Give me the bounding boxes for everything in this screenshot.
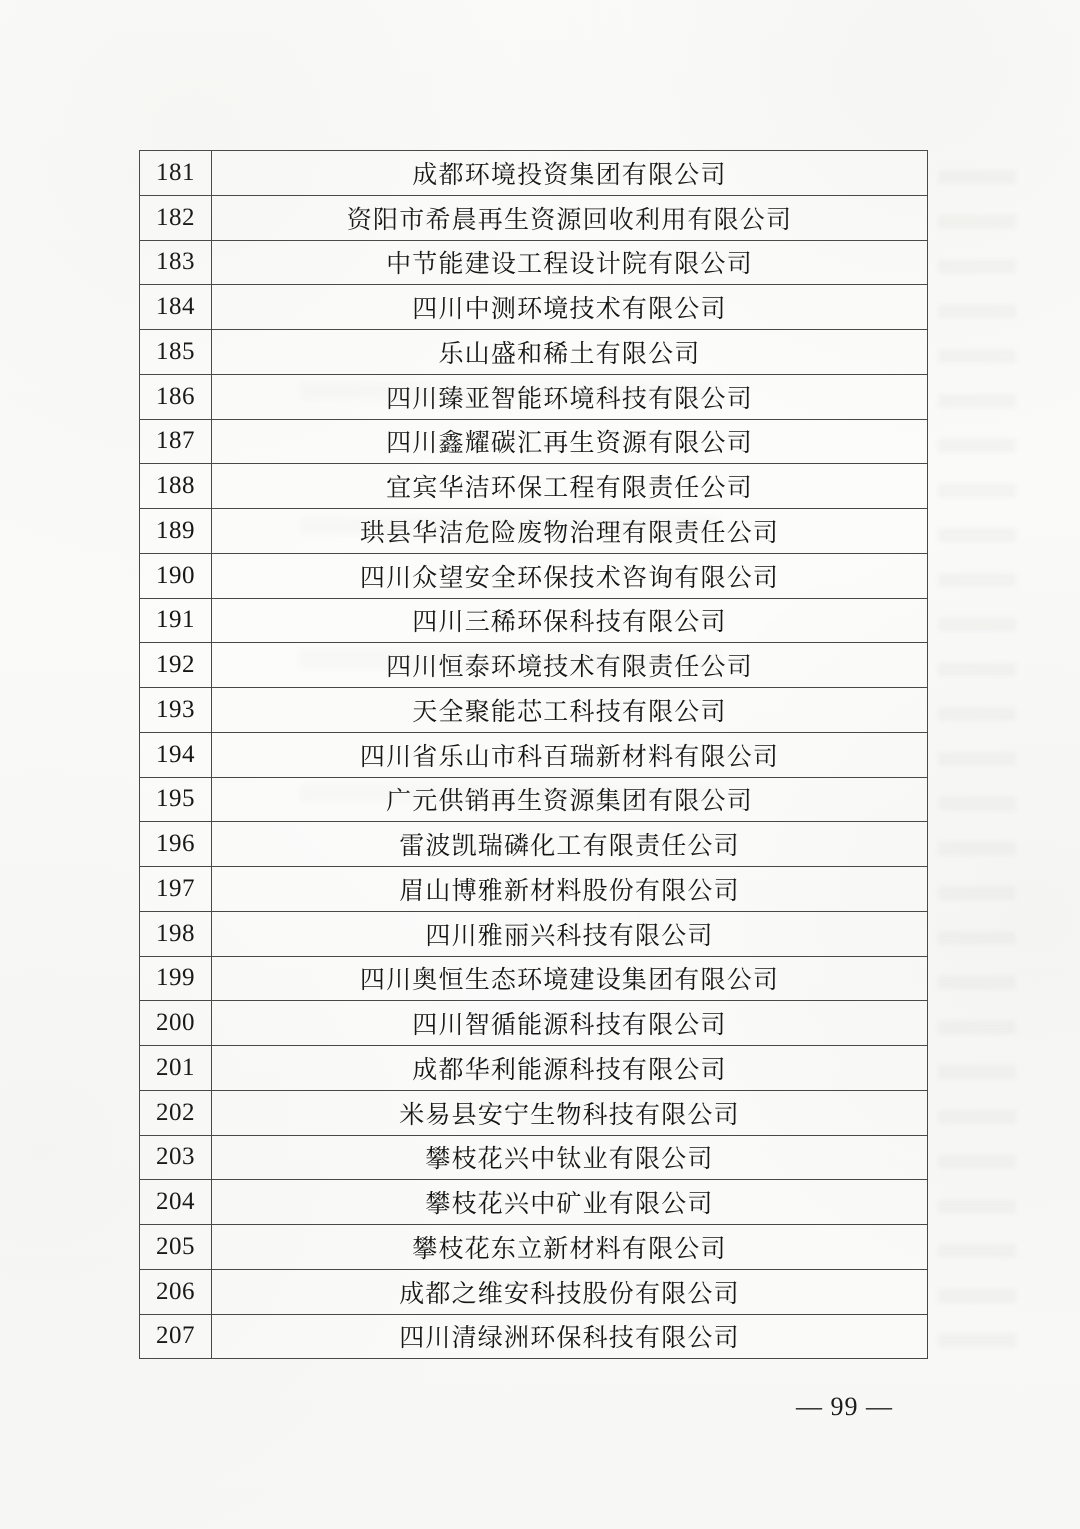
company-name-cell: 米易县安宁生物科技有限公司 <box>212 1090 928 1135</box>
table-row: 189 珙县华洁危险废物治理有限责任公司 <box>140 509 928 554</box>
company-name-cell: 乐山盛和稀土有限公司 <box>212 330 928 375</box>
row-number-cell: 196 <box>140 822 212 867</box>
page-footer: — 99 — <box>0 1392 893 1422</box>
table-row: 196 雷波凯瑞磷化工有限责任公司 <box>140 822 928 867</box>
company-name-cell: 天全聚能芯工科技有限公司 <box>212 688 928 733</box>
table-row: 188 宜宾华洁环保工程有限责任公司 <box>140 464 928 509</box>
company-name-cell: 四川众望安全环保技术咨询有限公司 <box>212 553 928 598</box>
row-number-cell: 202 <box>140 1090 212 1135</box>
company-name-cell: 四川省乐山市科百瑞新材料有限公司 <box>212 732 928 777</box>
company-name-cell: 四川雅丽兴科技有限公司 <box>212 911 928 956</box>
company-name-cell: 成都华利能源科技有限公司 <box>212 1046 928 1091</box>
row-number-cell: 181 <box>140 151 212 196</box>
row-number-cell: 185 <box>140 330 212 375</box>
table-row: 195 广元供销再生资源集团有限公司 <box>140 777 928 822</box>
table-row: 202 米易县安宁生物科技有限公司 <box>140 1090 928 1135</box>
row-number-cell: 188 <box>140 464 212 509</box>
row-number-cell: 195 <box>140 777 212 822</box>
company-name-cell: 四川三稀环保科技有限公司 <box>212 598 928 643</box>
company-name-cell: 攀枝花兴中钛业有限公司 <box>212 1135 928 1180</box>
company-name-cell: 广元供销再生资源集团有限公司 <box>212 777 928 822</box>
table-row: 187 四川鑫耀碳汇再生资源有限公司 <box>140 419 928 464</box>
row-number-cell: 204 <box>140 1180 212 1225</box>
table-row: 200 四川智循能源科技有限公司 <box>140 1001 928 1046</box>
company-name-cell: 四川清绿洲环保科技有限公司 <box>212 1314 928 1359</box>
row-number-cell: 190 <box>140 553 212 598</box>
company-name-cell: 宜宾华洁环保工程有限责任公司 <box>212 464 928 509</box>
row-number-cell: 203 <box>140 1135 212 1180</box>
table-row: 194 四川省乐山市科百瑞新材料有限公司 <box>140 732 928 777</box>
company-table-body: 181 成都环境投资集团有限公司 182 资阳市希晨再生资源回收利用有限公司 1… <box>140 151 928 1359</box>
table-row: 203 攀枝花兴中钛业有限公司 <box>140 1135 928 1180</box>
table-row: 183 中节能建设工程设计院有限公司 <box>140 240 928 285</box>
table-row: 181 成都环境投资集团有限公司 <box>140 151 928 196</box>
company-name-cell: 攀枝花东立新材料有限公司 <box>212 1225 928 1270</box>
company-name-cell: 四川臻亚智能环境科技有限公司 <box>212 374 928 419</box>
company-name-cell: 成都之维安科技股份有限公司 <box>212 1269 928 1314</box>
table-row: 191 四川三稀环保科技有限公司 <box>140 598 928 643</box>
company-name-cell: 四川中测环境技术有限公司 <box>212 285 928 330</box>
row-number-cell: 186 <box>140 374 212 419</box>
table-row: 205 攀枝花东立新材料有限公司 <box>140 1225 928 1270</box>
table-row: 207 四川清绿洲环保科技有限公司 <box>140 1314 928 1359</box>
row-number-cell: 184 <box>140 285 212 330</box>
company-name-cell: 四川奥恒生态环境建设集团有限公司 <box>212 956 928 1001</box>
row-number-cell: 200 <box>140 1001 212 1046</box>
row-number-cell: 191 <box>140 598 212 643</box>
company-name-cell: 眉山博雅新材料股份有限公司 <box>212 867 928 912</box>
table-row: 182 资阳市希晨再生资源回收利用有限公司 <box>140 195 928 240</box>
row-number-cell: 207 <box>140 1314 212 1359</box>
table-row: 198 四川雅丽兴科技有限公司 <box>140 911 928 956</box>
row-number-cell: 206 <box>140 1269 212 1314</box>
page-number: — 99 — <box>796 1392 893 1421</box>
table-row: 201 成都华利能源科技有限公司 <box>140 1046 928 1091</box>
row-number-cell: 197 <box>140 867 212 912</box>
company-name-cell: 资阳市希晨再生资源回收利用有限公司 <box>212 195 928 240</box>
table-row: 206 成都之维安科技股份有限公司 <box>140 1269 928 1314</box>
row-number-cell: 194 <box>140 732 212 777</box>
company-name-cell: 珙县华洁危险废物治理有限责任公司 <box>212 509 928 554</box>
company-name-cell: 雷波凯瑞磷化工有限责任公司 <box>212 822 928 867</box>
row-number-cell: 183 <box>140 240 212 285</box>
row-number-cell: 193 <box>140 688 212 733</box>
company-name-cell: 攀枝花兴中矿业有限公司 <box>212 1180 928 1225</box>
table-row: 186 四川臻亚智能环境科技有限公司 <box>140 374 928 419</box>
table-row: 199 四川奥恒生态环境建设集团有限公司 <box>140 956 928 1001</box>
table-row: 192 四川恒泰环境技术有限责任公司 <box>140 643 928 688</box>
company-name-cell: 四川恒泰环境技术有限责任公司 <box>212 643 928 688</box>
table-row: 185 乐山盛和稀土有限公司 <box>140 330 928 375</box>
table-row: 197 眉山博雅新材料股份有限公司 <box>140 867 928 912</box>
company-name-cell: 成都环境投资集团有限公司 <box>212 151 928 196</box>
company-name-cell: 中节能建设工程设计院有限公司 <box>212 240 928 285</box>
table-row: 184 四川中测环境技术有限公司 <box>140 285 928 330</box>
row-number-cell: 201 <box>140 1046 212 1091</box>
company-name-cell: 四川鑫耀碳汇再生资源有限公司 <box>212 419 928 464</box>
company-list-table: 181 成都环境投资集团有限公司 182 资阳市希晨再生资源回收利用有限公司 1… <box>139 150 928 1359</box>
table-row: 190 四川众望安全环保技术咨询有限公司 <box>140 553 928 598</box>
company-name-cell: 四川智循能源科技有限公司 <box>212 1001 928 1046</box>
row-number-cell: 198 <box>140 911 212 956</box>
row-number-cell: 199 <box>140 956 212 1001</box>
row-number-cell: 205 <box>140 1225 212 1270</box>
row-number-cell: 189 <box>140 509 212 554</box>
row-number-cell: 187 <box>140 419 212 464</box>
row-number-cell: 182 <box>140 195 212 240</box>
table-row: 204 攀枝花兴中矿业有限公司 <box>140 1180 928 1225</box>
table-row: 193 天全聚能芯工科技有限公司 <box>140 688 928 733</box>
document-page: 181 成都环境投资集团有限公司 182 资阳市希晨再生资源回收利用有限公司 1… <box>0 0 1080 1529</box>
row-number-cell: 192 <box>140 643 212 688</box>
scan-bleedthrough-artifact <box>938 158 1016 1354</box>
